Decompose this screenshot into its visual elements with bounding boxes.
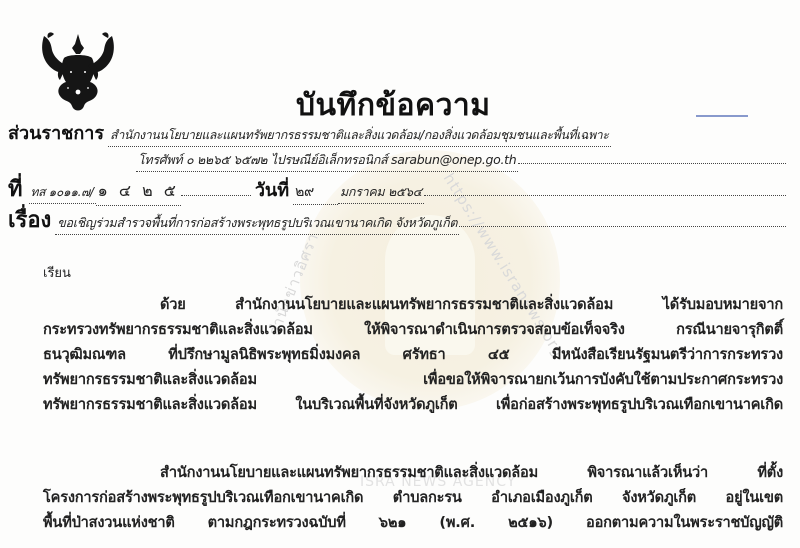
memo-page: สำนักข่าวอิศรา https://www.isranews.org … <box>0 0 800 548</box>
dotted-line <box>424 195 786 196</box>
paragraph-1: ด้วย สำนักงานนโยบายและแผนทรัพยากรธรรมชาต… <box>43 292 783 417</box>
dotted-line <box>459 226 786 227</box>
contact-value: โทรศัพท์ ๐ ๒๒๖๕ ๖๕๗๒ ไปรษณีย์อิเล็กทรอนิ… <box>136 150 518 172</box>
paragraph-line: กระทรวงทรัพยากรธรรมชาติและสิ่งแวดล้อม ให… <box>43 317 783 342</box>
paragraph-line: สำนักงานนโยบายและแผนทรัพยากรธรรมชาติและส… <box>43 460 783 485</box>
reference-date-row: ที่ ทส ๑๐๑๑.๗/ ๑ ๔ ๒ ๕ วันที่ ๒๙ มกราคม … <box>8 171 786 206</box>
subject-row: เรื่อง ขอเชิญร่วมสำรวจพื้นที่การก่อสร้าง… <box>8 202 786 237</box>
department-value: สำนักงานนโยบายและแผนทรัพยากรธรรมชาติและส… <box>108 126 611 147</box>
paragraph-line: พื้นที่ป่าสงวนแห่งชาติ ตามกฎกระทรวงฉบับท… <box>43 510 783 535</box>
date-label: วันที่ <box>255 175 289 204</box>
paragraph-line: ทรัพยากรธรรมชาติและสิ่งแวดล้อม ในบริเวณพ… <box>43 392 783 417</box>
paragraph-2: สำนักงานนโยบายและแผนทรัพยากรธรรมชาติและส… <box>43 460 783 535</box>
blue-pen-mark <box>696 115 748 117</box>
contact-row: โทรศัพท์ ๐ ๒๒๖๕ ๖๕๗๒ ไปรษณีย์อิเล็กทรอนิ… <box>136 150 786 172</box>
paragraph-line: ด้วย สำนักงานนโยบายและแผนทรัพยากรธรรมชาต… <box>43 292 783 317</box>
reference-prefix: ทส ๑๐๑๑.๗/ <box>29 183 96 204</box>
dotted-line <box>181 195 251 196</box>
paragraph-line: ทรัพยากรธรรมชาติและสิ่งแวดล้อม เพื่อขอให… <box>43 367 783 392</box>
department-label: ส่วนราชการ <box>8 118 104 147</box>
subject-value: ขอเชิญร่วมสำรวจพื้นที่การก่อสร้างพระพุทธ… <box>55 213 459 235</box>
dotted-line <box>518 163 786 164</box>
reference-label: ที่ <box>8 171 23 206</box>
subject-label: เรื่อง <box>8 202 51 237</box>
salutation: เรียน <box>43 262 71 283</box>
department-row: ส่วนราชการ สำนักงานนโยบายและแผนทรัพยากรธ… <box>8 118 786 147</box>
paragraph-line: โครงการก่อสร้างพระพุทธรูปบริเวณเทือกเขาน… <box>43 485 783 510</box>
date-month-year: มกราคม ๒๕๖๔ <box>338 182 424 204</box>
paragraph-line: ธนวุฒิมณฑล ที่ปรึกษามูลนิธิพระพุทธมิ่งมง… <box>43 342 783 367</box>
garuda-emblem-icon <box>40 28 116 114</box>
